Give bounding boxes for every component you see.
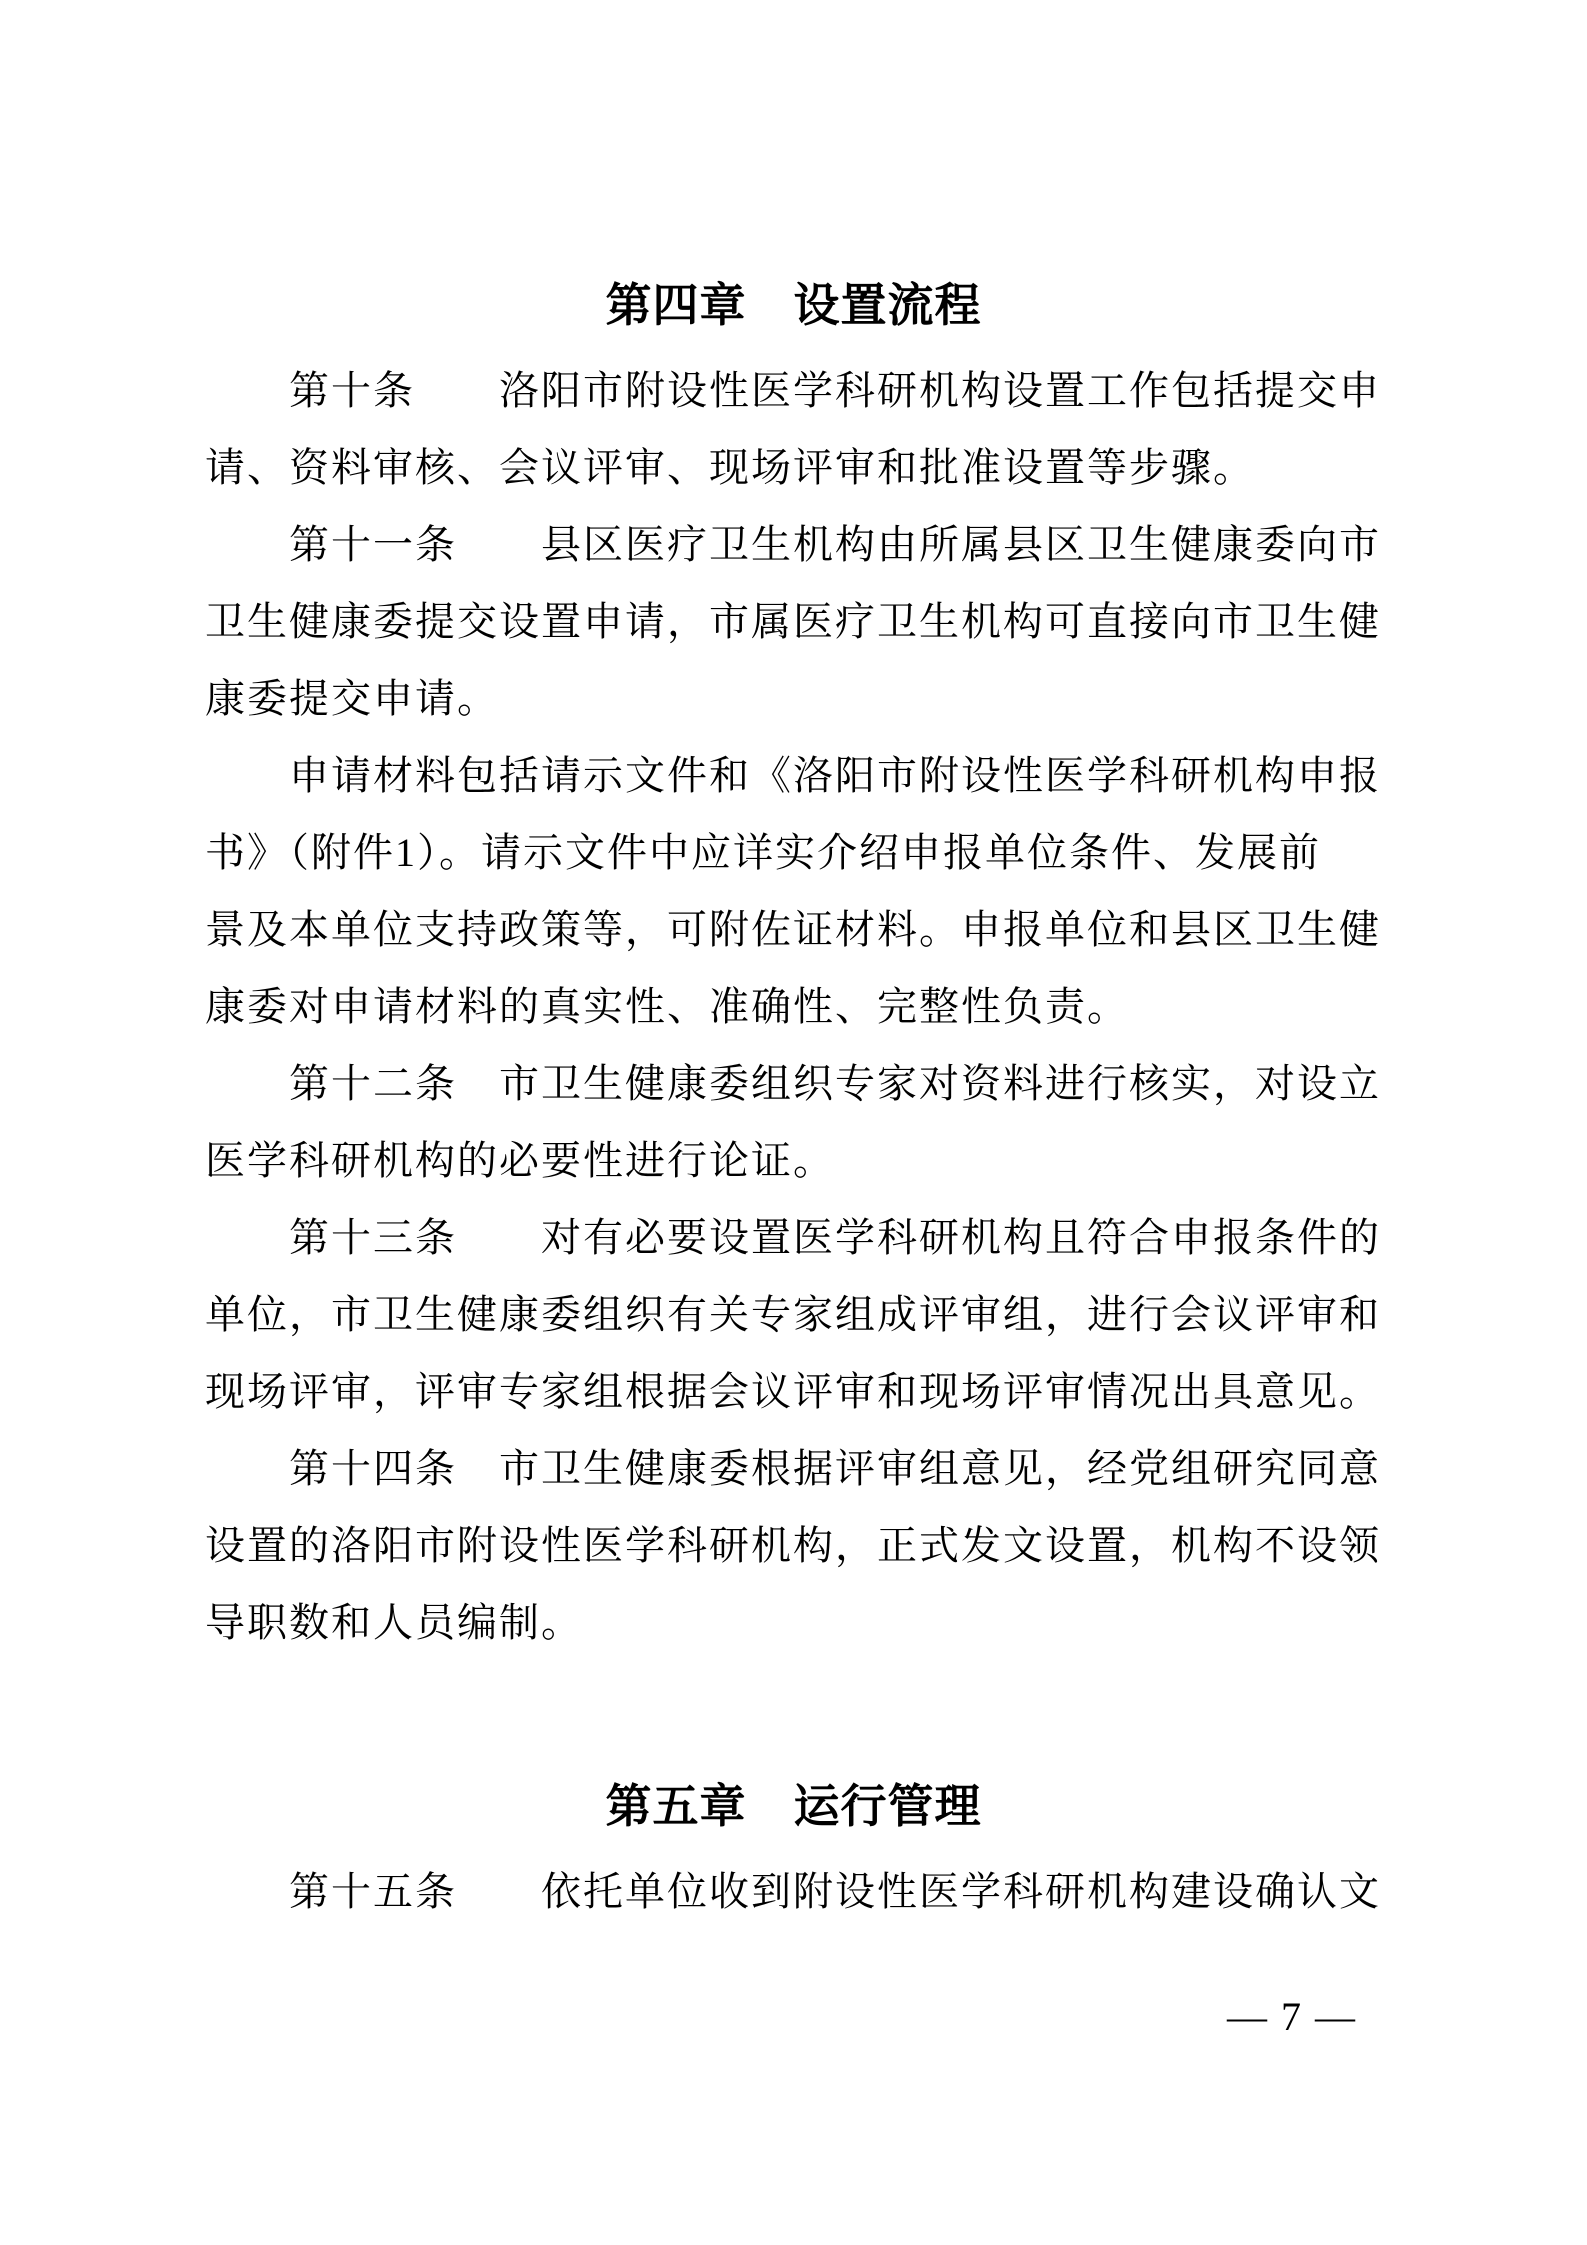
- chapter-heading: 第四章 设置流程: [205, 267, 1382, 344]
- text-line: 设置的洛阳市附设性医学科研机构，正式发文设置，机构不设领: [205, 1507, 1382, 1584]
- text-line: 康委提交申请。: [205, 660, 1382, 737]
- text-line: 卫生健康委提交设置申请，市属医疗卫生机构可直接向市卫生健: [205, 583, 1382, 660]
- chapter-heading: 第五章 运行管理: [205, 1768, 1382, 1845]
- document-page: 第四章 设置流程第十条 洛阳市附设性医学科研机构设置工作包括提交申请、资料审核、…: [0, 0, 1587, 2245]
- text-line: 单位，市卫生健康委组织有关专家组成评审组，进行会议评审和: [205, 1276, 1382, 1353]
- text-line: 第十一条 县区医疗卫生机构由所属县区卫生健康委向市: [205, 506, 1382, 583]
- text-line: 第十二条 市卫生健康委组织专家对资料进行核实，对设立: [205, 1045, 1382, 1122]
- text-line: 现场评审，评审专家组根据会议评审和现场评审情况出具意见。: [205, 1353, 1382, 1430]
- text-line: 景及本单位支持政策等，可附佐证材料。申报单位和县区卫生健: [205, 891, 1382, 968]
- text-line: 第十条 洛阳市附设性医学科研机构设置工作包括提交申: [205, 352, 1382, 429]
- text-line: 导职数和人员编制。: [205, 1584, 1382, 1661]
- text-line: 医学科研机构的必要性进行论证。: [205, 1122, 1382, 1199]
- text-line: 书》（附件1）。请示文件中应详实介绍申报单位条件、发展前: [205, 814, 1382, 891]
- document-body: 第四章 设置流程第十条 洛阳市附设性医学科研机构设置工作包括提交申请、资料审核、…: [205, 0, 1382, 1930]
- page-number: — 7 —: [1227, 1993, 1357, 2041]
- text-line: 康委对申请材料的真实性、准确性、完整性负责。: [205, 968, 1382, 1045]
- text-line: 请、资料审核、会议评审、现场评审和批准设置等步骤。: [205, 429, 1382, 506]
- text-line: 第十四条 市卫生健康委根据评审组意见，经党组研究同意: [205, 1430, 1382, 1507]
- text-line: 第十五条 依托单位收到附设性医学科研机构建设确认文: [205, 1853, 1382, 1930]
- text-line: 第十三条 对有必要设置医学科研机构且符合申报条件的: [205, 1199, 1382, 1276]
- text-line: 申请材料包括请示文件和《洛阳市附设性医学科研机构申报: [205, 737, 1382, 814]
